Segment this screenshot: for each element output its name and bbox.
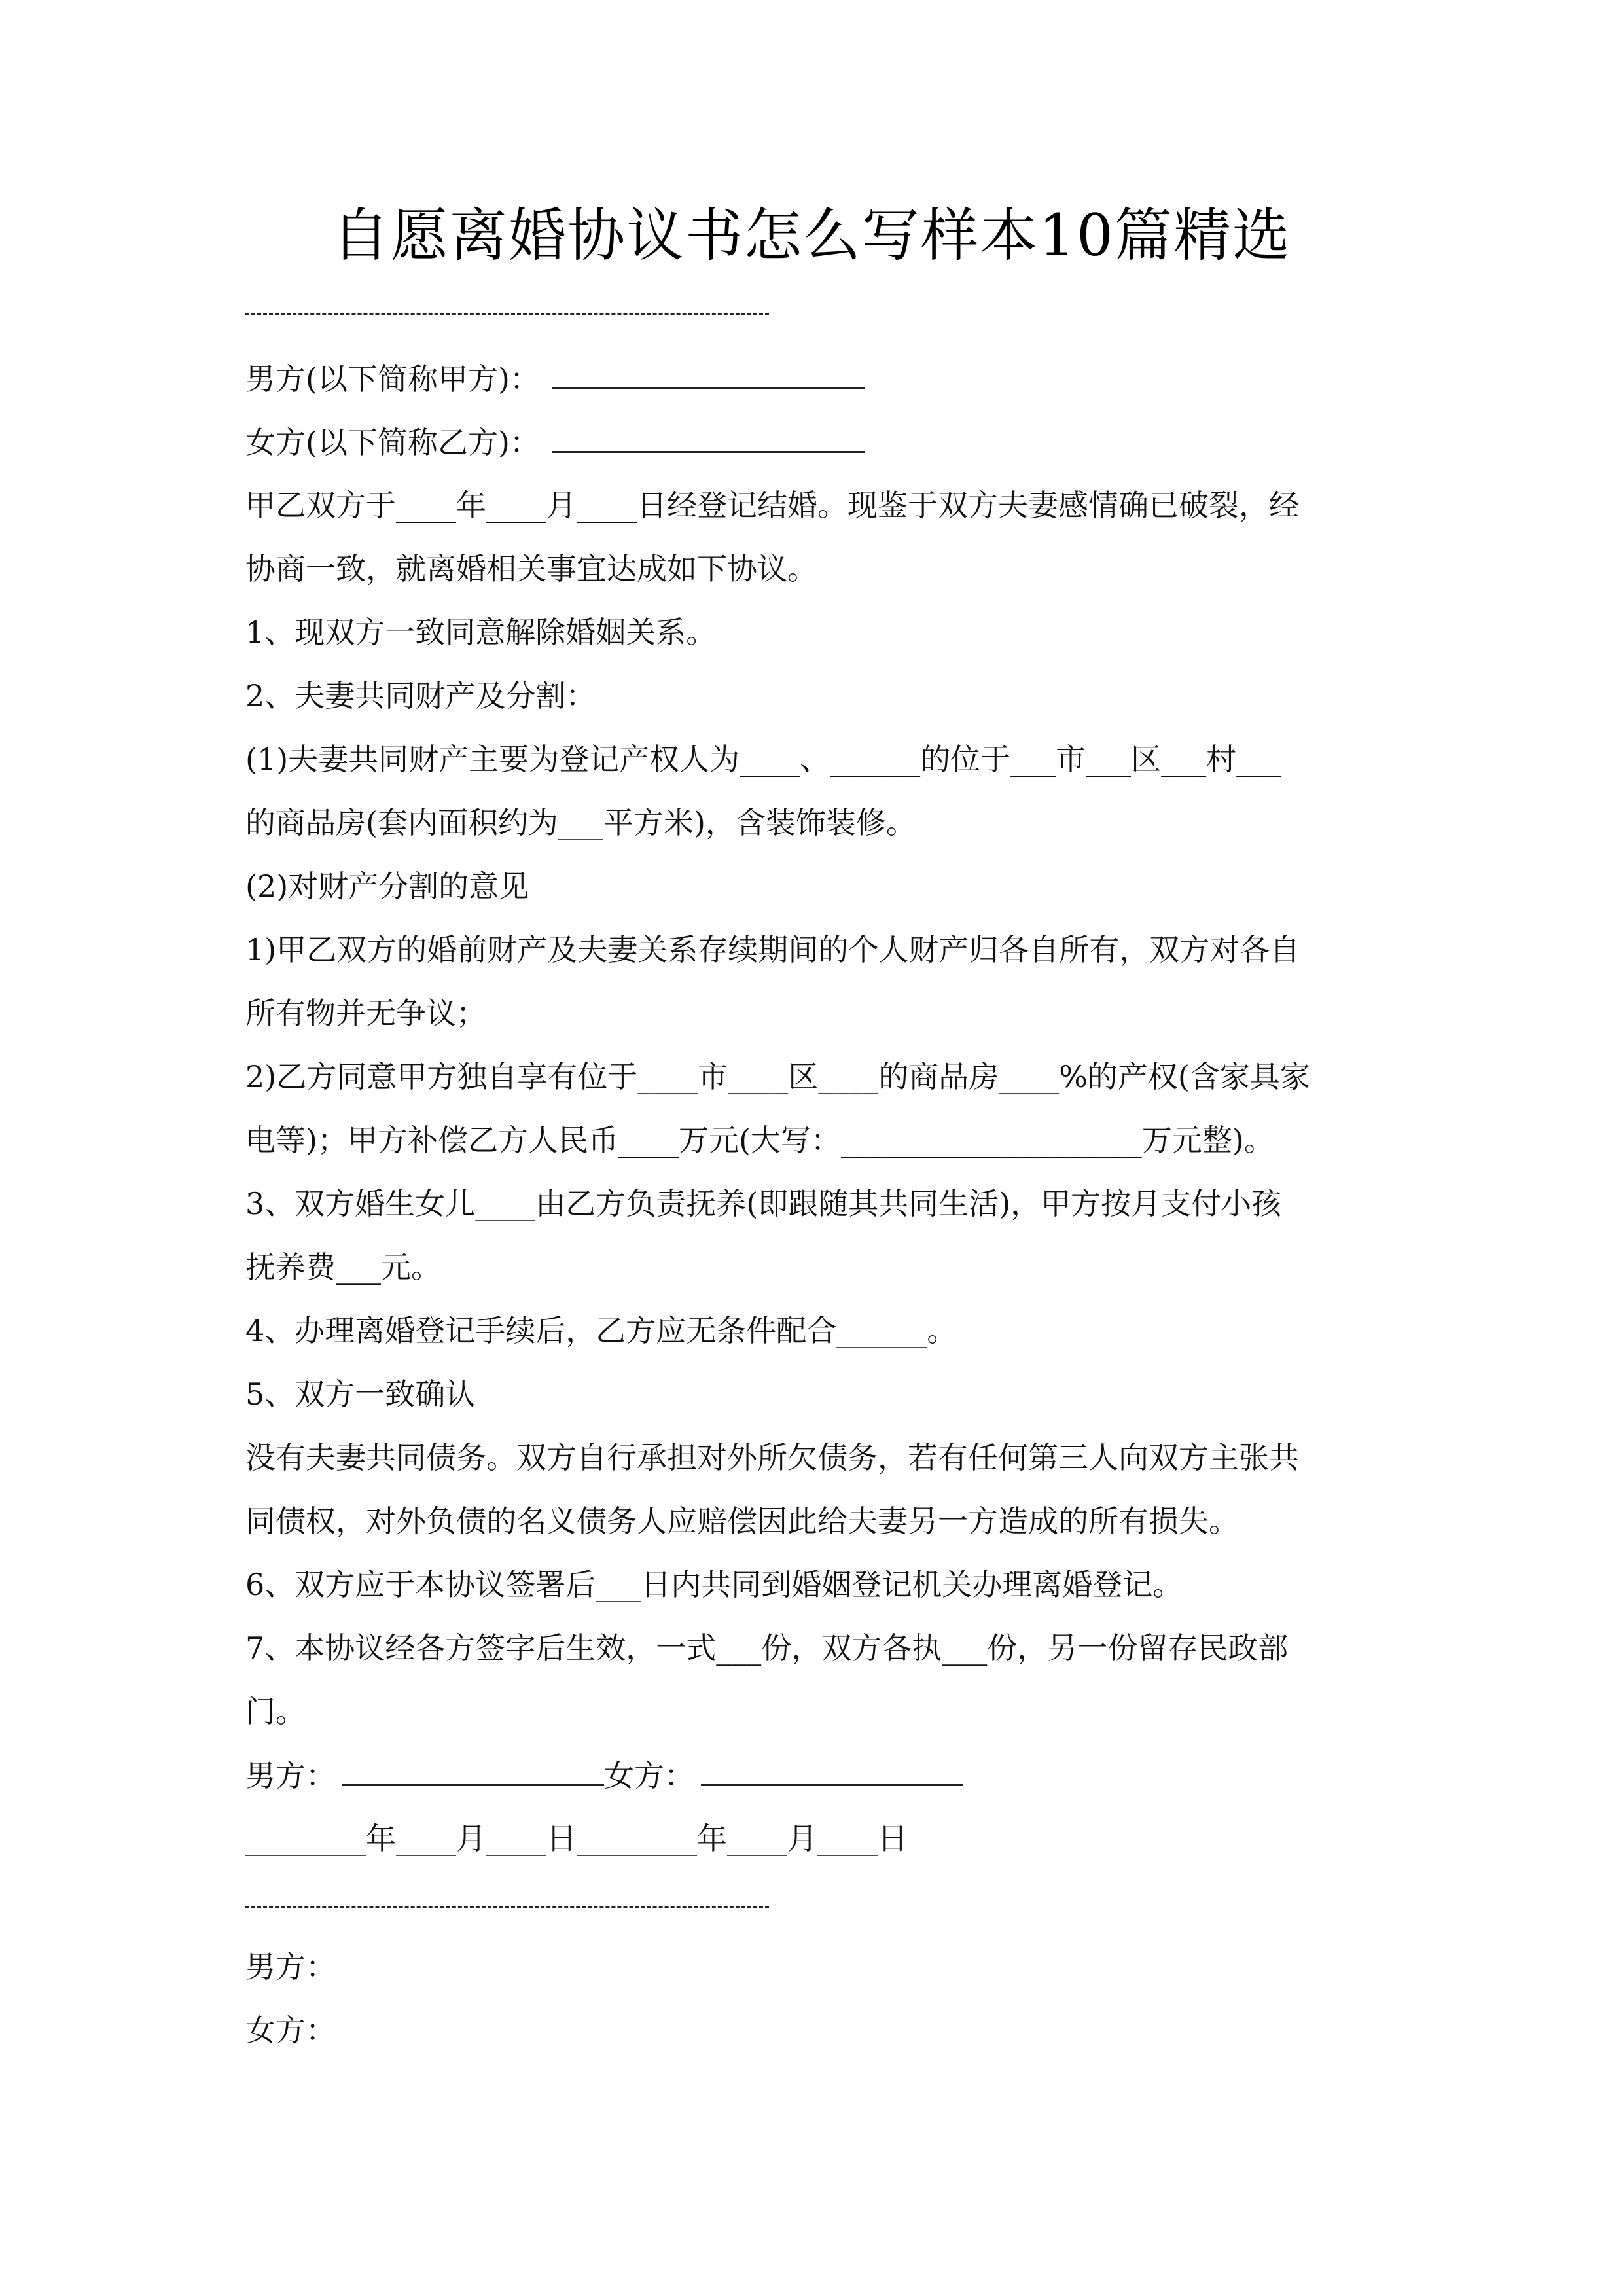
- text-segment: 市: [1056, 742, 1086, 777]
- blank-day[interactable]: ____: [486, 1821, 546, 1856]
- male-party-blank[interactable]: [552, 359, 865, 389]
- clause-2-2-heading: (2)对财产分割的意见: [245, 867, 529, 906]
- paragraph-line: 协商一致，就离婚相关事宜达成如下协议。: [245, 549, 817, 588]
- blank-address[interactable]: ___: [1236, 742, 1281, 777]
- blank-cooperate[interactable]: ______: [836, 1313, 927, 1348]
- signature-female-blank[interactable]: [701, 1755, 963, 1786]
- text-segment: 区: [1131, 742, 1161, 777]
- text-segment: 月: [456, 1821, 486, 1856]
- text-segment: 年: [456, 488, 486, 523]
- text-segment: 7、本协议经各方签字后生效，一式: [245, 1630, 716, 1666]
- text-segment: 6、双方应于本协议签署后: [245, 1567, 596, 1602]
- signature-male-label: 男方：: [245, 1758, 336, 1793]
- blank-year[interactable]: ________: [245, 1821, 366, 1856]
- signature-female-label: 女方：: [604, 1758, 694, 1793]
- text-segment: 平方米)，含装饰装修。: [603, 805, 916, 840]
- text-segment: 日内共同到婚姻登记机关办理离婚登记。: [641, 1567, 1183, 1602]
- text-segment: 份，另一份留存民政部: [987, 1630, 1288, 1666]
- paragraph-line: 门。: [245, 1692, 306, 1731]
- clause-4: 4、办理离婚登记手续后，乙方应无条件配合______。: [245, 1311, 957, 1350]
- text-segment: 村: [1206, 742, 1236, 777]
- text-segment: 月: [546, 488, 577, 523]
- female-party-label: 女方(以下简称乙方)：: [245, 425, 540, 460]
- document-title: 自愿离婚协议书怎么写样本10篇精选: [0, 196, 1623, 275]
- clause-3: 3、双方婚生女儿____由乙方负责抚养(即跟随其共同生活)，甲方按月支付小孩: [245, 1184, 1281, 1223]
- blank-percent[interactable]: ____: [999, 1059, 1059, 1094]
- text-segment: 日: [546, 1821, 577, 1856]
- blank-month[interactable]: ____: [727, 1821, 787, 1856]
- blank-city[interactable]: ___: [1010, 742, 1056, 777]
- paragraph-line: 1)甲乙双方的婚前财产及夫妻关系存续期间的个人财产归各自所有，双方对各自: [245, 930, 1300, 969]
- blank-days[interactable]: ___: [596, 1567, 641, 1602]
- text-segment: 日经登记结婚。现鉴于双方夫妻感情确已破裂，经: [637, 488, 1299, 523]
- signature-line: 男方：女方：: [245, 1755, 963, 1795]
- paragraph-line: 没有夫妻共同债务。双方自行承担对外所欠债务，若有任何第三人向双方主张共: [245, 1438, 1299, 1477]
- text-segment: 市: [698, 1059, 728, 1094]
- text-segment: 月: [787, 1821, 817, 1856]
- blank-village[interactable]: ___: [1161, 742, 1206, 777]
- blank-support-fee[interactable]: ___: [336, 1249, 381, 1285]
- blank-copies-each[interactable]: ___: [942, 1630, 987, 1666]
- clause-6: 6、双方应于本协议签署后___日内共同到婚姻登记机关办理离婚登记。: [245, 1565, 1183, 1604]
- text-segment: 电等)；甲方补偿乙方人民币: [245, 1122, 618, 1158]
- blank-month[interactable]: ____: [396, 1821, 456, 1856]
- text-segment: 2)乙方同意甲方独自享有位于: [245, 1059, 637, 1094]
- blank-area[interactable]: ___: [558, 805, 603, 840]
- text-segment: 的商品房(套内面积约为: [245, 805, 558, 840]
- text-segment: 4、办理离婚登记手续后，乙方应无条件配合: [245, 1313, 836, 1348]
- blank-owner-1[interactable]: ____: [740, 742, 800, 777]
- paragraph-line: 所有物并无争议；: [245, 994, 486, 1033]
- clause-5: 5、双方一致确认: [245, 1374, 475, 1414]
- clause-2-1: (1)夫妻共同财产主要为登记产权人为____、______的位于___市___区…: [245, 740, 1281, 779]
- paragraph-line: 甲乙双方于____年____月____日经登记结婚。现鉴于双方夫妻感情确已破裂，…: [245, 486, 1299, 525]
- female-party-blank[interactable]: [552, 422, 865, 453]
- blank-amount[interactable]: ____: [618, 1122, 679, 1158]
- text-segment: 的商品房: [878, 1059, 999, 1094]
- document-page: 自愿离婚协议书怎么写样本10篇精选 男方(以下简称甲方)： 女方(以下简称乙方)…: [0, 0, 1623, 2296]
- footer-female-label: 女方：: [245, 2011, 336, 2050]
- clause-7: 7、本协议经各方签字后生效，一式___份，双方各执___份，另一份留存民政部: [245, 1628, 1288, 1668]
- blank-year[interactable]: ________: [577, 1821, 697, 1856]
- text-segment: %的产权(含家具家: [1059, 1059, 1310, 1094]
- footer-male-label: 男方：: [245, 1947, 336, 1986]
- male-party-line: 男方(以下简称甲方)：: [245, 359, 865, 399]
- section-divider: [245, 1906, 769, 1908]
- text-segment: 的位于: [920, 742, 1010, 777]
- male-party-label: 男方(以下简称甲方)：: [245, 361, 540, 397]
- text-segment: 元。: [381, 1249, 441, 1285]
- blank-daughter-name[interactable]: ____: [475, 1186, 535, 1221]
- text-segment: 由乙方负责抚养(即跟随其共同生活)，甲方按月支付小孩: [535, 1186, 1281, 1221]
- clause-3-cont: 抚养费___元。: [245, 1247, 441, 1287]
- text-segment: 万元(大写：: [679, 1122, 841, 1158]
- signature-date-line: ________年____月____日________年____月____日: [245, 1819, 908, 1858]
- blank-amount-uppercase[interactable]: ____________________: [841, 1122, 1142, 1158]
- text-segment: 份，双方各执: [761, 1630, 942, 1666]
- clause-2-heading: 2、夫妻共同财产及分割：: [245, 676, 596, 715]
- blank-day[interactable]: ____: [577, 488, 637, 523]
- blank-day[interactable]: ____: [817, 1821, 878, 1856]
- blank-city[interactable]: ____: [637, 1059, 698, 1094]
- text-segment: (1)夫妻共同财产主要为登记产权人为: [245, 742, 740, 777]
- title-divider: [245, 313, 769, 315]
- blank-month[interactable]: ____: [486, 488, 546, 523]
- signature-male-blank[interactable]: [342, 1755, 604, 1786]
- text-segment: 万元整)。: [1142, 1122, 1274, 1158]
- blank-district[interactable]: ___: [1086, 742, 1131, 777]
- blank-year[interactable]: ____: [396, 488, 456, 523]
- text-segment: 、: [800, 742, 830, 777]
- paragraph-line: 同债权，对外负债的名义债务人应赔偿因此给夫妻另一方造成的所有损失。: [245, 1501, 1239, 1541]
- blank-owner-2[interactable]: ______: [830, 742, 920, 777]
- text-segment: 。: [927, 1313, 957, 1348]
- blank-property[interactable]: ____: [818, 1059, 878, 1094]
- clause-2-1-cont: 的商品房(套内面积约为___平方米)，含装饰装修。: [245, 803, 916, 842]
- text-segment: 3、双方婚生女儿: [245, 1186, 475, 1221]
- text-segment: 年: [697, 1821, 727, 1856]
- blank-copies[interactable]: ___: [716, 1630, 761, 1666]
- text-segment: 日: [878, 1821, 908, 1856]
- clause-1: 1、现双方一致同意解除婚姻关系。: [245, 613, 716, 652]
- clause-2-2-2: 2)乙方同意甲方独自享有位于____市____区____的商品房____%的产权…: [245, 1057, 1310, 1096]
- blank-district[interactable]: ____: [728, 1059, 788, 1094]
- clause-2-2-2-cont: 电等)；甲方补偿乙方人民币____万元(大写：_________________…: [245, 1121, 1274, 1160]
- text-segment: 甲乙双方于: [245, 488, 396, 523]
- text-segment: 区: [788, 1059, 818, 1094]
- text-segment: 抚养费: [245, 1249, 336, 1285]
- text-segment: 年: [366, 1821, 396, 1856]
- female-party-line: 女方(以下简称乙方)：: [245, 422, 865, 462]
